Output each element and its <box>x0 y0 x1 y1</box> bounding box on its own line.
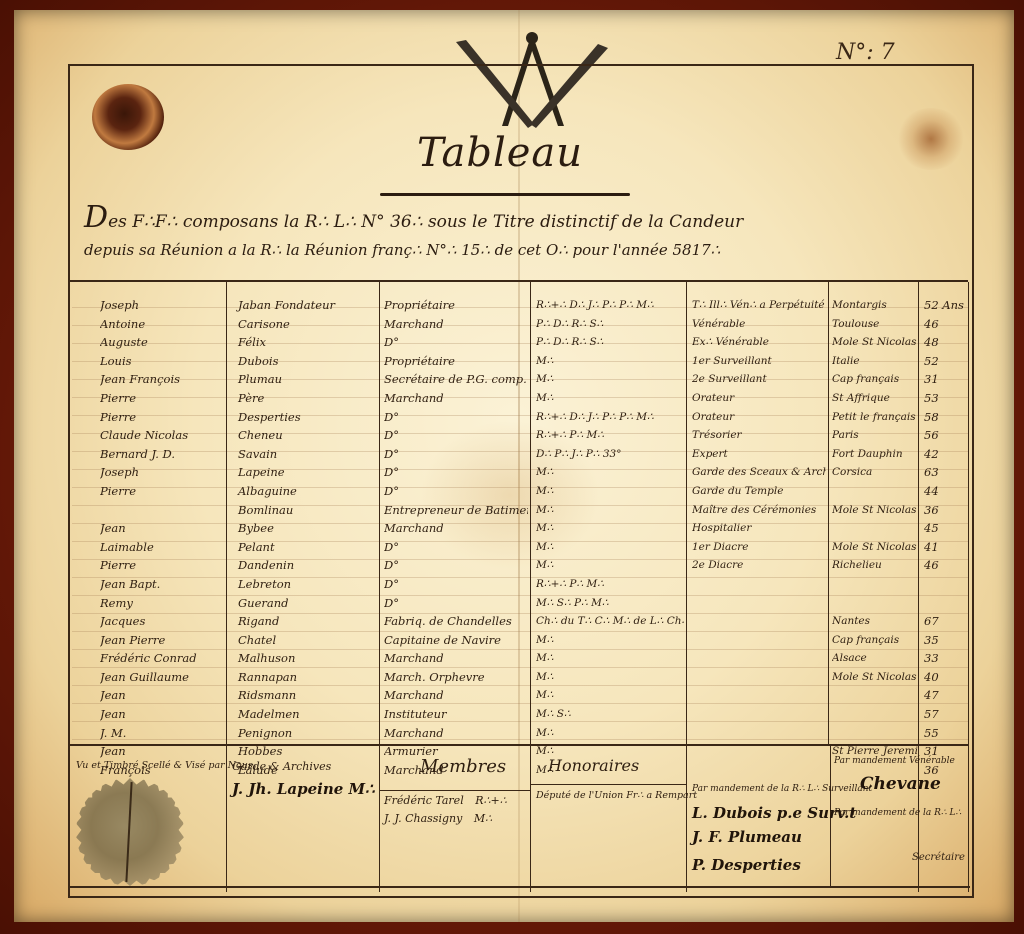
given-name-cell: Jean Bapt. <box>100 575 224 594</box>
profession-cell: Capitaine de Navire <box>384 631 528 650</box>
profession-cell: D° <box>384 463 528 482</box>
office-cell <box>692 594 826 613</box>
age-cell: 47 <box>920 686 968 705</box>
office-cell: Orateur <box>692 389 826 408</box>
grade-cell: M∴ <box>536 649 684 668</box>
grade-cell: M∴ <box>536 686 684 705</box>
venerable-note: Par mandement Vénérable <box>834 756 955 766</box>
age-cell: 46 <box>920 315 968 334</box>
grade-cell: M∴ <box>536 556 684 575</box>
profession-cell: March. Orphevre <box>384 668 528 687</box>
grade-cell: M∴ <box>536 631 684 650</box>
seal-caption: Vu et Timbré Scellé & Visé par Nous <box>76 760 253 771</box>
office-cell <box>692 761 826 780</box>
office-cell: Trésorier <box>692 426 826 445</box>
given-name-cell: J. M. <box>100 724 224 743</box>
office-cell: 2e Diacre <box>692 556 826 575</box>
birthplace-cell <box>832 686 918 705</box>
grade-cell: P∴ D∴ R∴ S∴ <box>536 333 684 352</box>
office-cell <box>692 575 826 594</box>
age-cell: 45 <box>920 519 968 538</box>
office-cell: 2e Surveillant <box>692 370 826 389</box>
birthplace-cell <box>832 519 918 538</box>
birthplace-cell <box>832 482 918 501</box>
birthplace-cell: Mole St Nicolas <box>832 501 918 520</box>
grade-cell: M∴ <box>536 482 684 501</box>
grade-cell: M∴ <box>536 370 684 389</box>
surname-cell: Savain <box>228 445 376 464</box>
grade-cell: M∴ <box>536 724 684 743</box>
profession-cell: D° <box>384 482 528 501</box>
subtitle-line-2: depuis sa Réunion a la R∴ la Réunion fra… <box>84 238 964 262</box>
column-divider <box>226 282 227 892</box>
profession-cell: Propriétaire <box>384 352 528 371</box>
grade-cell: R∴+∴ P∴ M∴ <box>536 575 684 594</box>
profession-cell: D° <box>384 408 528 427</box>
subtitle-initial: D <box>84 200 108 235</box>
profession-cell: Marchand <box>384 519 528 538</box>
given-name-cell: Joseph <box>100 463 224 482</box>
office-cell: Maître des Cérémonies <box>692 501 826 520</box>
member-grade: R∴+∴ <box>475 794 507 807</box>
grade-cell: R∴+∴ D∴ J∴ P∴ P∴ M∴ <box>536 296 684 315</box>
office-cell: Expert <box>692 445 826 464</box>
profession-cell: Marchand <box>384 389 528 408</box>
surname-cell: Lapeine <box>228 463 376 482</box>
age-cell: 56 <box>920 426 968 445</box>
birthplace-cell <box>832 575 918 594</box>
surname-cell: Rannapan <box>228 668 376 687</box>
grade-cell: M∴ <box>536 668 684 687</box>
age-cell: 40 <box>920 668 968 687</box>
profession-cell: D° <box>384 538 528 557</box>
given-name-cell: Pierre <box>100 556 224 575</box>
office-cell <box>692 705 826 724</box>
grade-cell: M∴ <box>536 352 684 371</box>
grade-cell: M∴ <box>536 389 684 408</box>
office-cell: Vénérable <box>692 315 826 334</box>
grade-cell: M∴ <box>536 501 684 520</box>
member-grade: M∴ <box>474 812 492 825</box>
ages-column: 52 Ans4648523153585642634436454146673533… <box>920 296 968 779</box>
frame-bottom-rule <box>70 886 970 888</box>
secretary-label: Secrétaire <box>912 852 965 863</box>
given-name-cell: Louis <box>100 352 224 371</box>
given-name-cell: Frédéric Conrad <box>100 649 224 668</box>
surname-cell: Plumau <box>228 370 376 389</box>
age-cell: 52 Ans <box>920 296 968 315</box>
bottom-section-rule <box>70 744 968 746</box>
age-cell: 57 <box>920 705 968 724</box>
given-names-column: JosephAntoineAugusteLouisJean FrançoisPi… <box>100 296 224 779</box>
office-cell <box>692 631 826 650</box>
office-cell: Orateur <box>692 408 826 427</box>
given-name-cell: Remy <box>100 594 224 613</box>
birthplace-cell <box>832 705 918 724</box>
surname-cell: Cheneu <box>228 426 376 445</box>
office-cell: 1er Diacre <box>692 538 826 557</box>
age-cell: 63 <box>920 463 968 482</box>
birthplace-cell: Richelieu <box>832 556 918 575</box>
birthplace-cell: St Affrique <box>832 389 918 408</box>
given-name-cell: Pierre <box>100 482 224 501</box>
surname-cell: Dubois <box>228 352 376 371</box>
grade-cell: M∴ <box>536 538 684 557</box>
age-cell: 52 <box>920 352 968 371</box>
profession-cell: D° <box>384 594 528 613</box>
officer-signature: L. Dubois p.e Surv.t <box>692 804 856 822</box>
surname-cell: Malhuson <box>228 649 376 668</box>
profession-cell: Propriétaire <box>384 296 528 315</box>
age-cell: 33 <box>920 649 968 668</box>
surname-cell: Chatel <box>228 631 376 650</box>
office-cell: Garde du Temple <box>692 482 826 501</box>
profession-cell: D° <box>384 556 528 575</box>
column-divider <box>968 282 969 892</box>
birthplace-cell: Mole St Nicolas <box>832 538 918 557</box>
office-cell: 1er Surveillant <box>692 352 826 371</box>
member-row: Frédéric Tarel R∴+∴ <box>384 794 528 807</box>
age-cell: 31 <box>920 370 968 389</box>
grade-cell: M∴ <box>536 463 684 482</box>
given-name-cell: Pierre <box>100 408 224 427</box>
age-cell: 55 <box>920 724 968 743</box>
given-name-cell: Jean <box>100 686 224 705</box>
age-cell: 42 <box>920 445 968 464</box>
surnames-column: Jaban FondateurCarisoneFélixDuboisPlumau… <box>228 296 376 779</box>
grades-column: R∴+∴ D∴ J∴ P∴ P∴ M∴P∴ D∴ R∴ S∴P∴ D∴ R∴ S… <box>536 296 684 779</box>
age-cell: 53 <box>920 389 968 408</box>
column-divider <box>530 282 531 892</box>
birthplace-cell: Mole St Nicolas <box>832 333 918 352</box>
grade-cell: M∴ <box>536 519 684 538</box>
surname-cell: Lebreton <box>228 575 376 594</box>
age-cell: 36 <box>920 501 968 520</box>
age-cell: 58 <box>920 408 968 427</box>
given-name-cell: Jean Pierre <box>100 631 224 650</box>
document-number: N°: 7 <box>836 40 895 65</box>
surname-cell: Père <box>228 389 376 408</box>
age-cell: 41 <box>920 538 968 557</box>
age-cell: 46 <box>920 556 968 575</box>
given-name-cell: Antoine <box>100 315 224 334</box>
age-cell <box>920 575 968 594</box>
member-row: J. J. Chassigny M∴ <box>384 812 528 825</box>
profession-cell: Marchand <box>384 649 528 668</box>
grade-cell: Ch∴ du T∴ C∴ M∴ de L∴ Ch∴ R∴+∴ <box>536 612 684 631</box>
members-rule <box>380 790 530 791</box>
birthplaces-column: MontargisToulouseMole St NicolasItalieCa… <box>832 296 918 779</box>
offices-column: T∴ Ill∴ Vén∴ a PerpétuitéVénérableEx∴ Vé… <box>692 296 826 779</box>
surname-cell: Félix <box>228 333 376 352</box>
profession-cell: Marchand <box>384 686 528 705</box>
birthplace-cell <box>832 594 918 613</box>
column-divider <box>918 282 919 892</box>
age-cell: 35 <box>920 631 968 650</box>
age-cell: 67 <box>920 612 968 631</box>
surname-cell: Ridsmann <box>228 686 376 705</box>
office-cell <box>692 668 826 687</box>
given-name-cell: Laimable <box>100 538 224 557</box>
officer-signature: P. Desperties <box>692 856 801 874</box>
birthplace-cell: Italie <box>832 352 918 371</box>
office-cell: T∴ Ill∴ Vén∴ a Perpétuité <box>692 296 826 315</box>
profession-cell: Secrétaire de P.G. comp. <box>384 370 528 389</box>
officer-signatures-note: Par mandement de la R∴ L∴ Surveillant <box>692 784 872 794</box>
birthplace-cell: Cap français <box>832 370 918 389</box>
member-name: J. J. Chassigny <box>384 812 462 825</box>
surname-cell: Bybee <box>228 519 376 538</box>
given-name-cell: Jean <box>100 519 224 538</box>
surname-cell: Guerand <box>228 594 376 613</box>
surname-cell: Desperties <box>228 408 376 427</box>
age-cell: 48 <box>920 333 968 352</box>
given-name-cell: Auguste <box>100 333 224 352</box>
officer-signature: J. F. Plumeau <box>692 828 802 846</box>
surname-cell: Carisone <box>228 315 376 334</box>
archivist-signature: J. Jh. Lapeine M∴ <box>232 780 375 798</box>
surname-cell: Bomlinau <box>228 501 376 520</box>
surname-cell: Jaban Fondateur <box>228 296 376 315</box>
surname-cell: Rigand <box>228 612 376 631</box>
profession-cell: Marchand <box>384 315 528 334</box>
honorary-rule <box>531 784 686 785</box>
profession-cell: Entrepreneur de Batimens <box>384 501 528 520</box>
honorary-heading: Honoraires <box>548 756 639 775</box>
office-cell: Ex∴ Vénérable <box>692 333 826 352</box>
given-name-cell <box>100 501 224 520</box>
surname-cell: Madelmen <box>228 705 376 724</box>
surname-cell: Dandenin <box>228 556 376 575</box>
grade-cell: R∴+∴ P∴ M∴ <box>536 426 684 445</box>
profession-cell: Marchand <box>384 724 528 743</box>
office-cell <box>692 649 826 668</box>
birthplace-cell: Cap français <box>832 631 918 650</box>
grade-cell: R∴+∴ D∴ J∴ P∴ P∴ M∴ <box>536 408 684 427</box>
profession-cell: Instituteur <box>384 705 528 724</box>
column-divider <box>379 282 380 892</box>
given-name-cell: Jean <box>100 705 224 724</box>
given-name-cell: Bernard J. D. <box>100 445 224 464</box>
given-name-cell: Pierre <box>100 389 224 408</box>
given-name-cell: Jean François <box>100 370 224 389</box>
birthplace-cell: Paris <box>832 426 918 445</box>
profession-cell: D° <box>384 333 528 352</box>
table-top-rule <box>70 280 968 282</box>
birthplace-cell: Toulouse <box>832 315 918 334</box>
venerable-signature: Chevane <box>860 774 941 794</box>
members-heading: Membres <box>420 756 506 777</box>
grade-cell: M∴ S∴ <box>536 705 684 724</box>
secretary-note: Par mandement de la R∴ L∴ <box>834 808 961 818</box>
profession-cell: D° <box>384 426 528 445</box>
age-cell: 44 <box>920 482 968 501</box>
office-cell <box>692 724 826 743</box>
birthplace-cell: Corsica <box>832 463 918 482</box>
column-divider <box>828 282 829 744</box>
grade-cell: P∴ D∴ R∴ S∴ <box>536 315 684 334</box>
document-subtitle: Des F∴F∴ composans la R∴ L∴ N° 36∴ sous … <box>84 206 964 262</box>
surname-cell: Albaguine <box>228 482 376 501</box>
age-cell <box>920 594 968 613</box>
title-rule <box>380 193 630 196</box>
office-cell <box>692 612 826 631</box>
surname-cell: Penignon <box>228 724 376 743</box>
subtitle-line-1: es F∴F∴ composans la R∴ L∴ N° 36∴ sous l… <box>108 212 743 232</box>
grade-cell: M∴ S∴ P∴ M∴ <box>536 594 684 613</box>
birthplace-cell: Montargis <box>832 296 918 315</box>
given-name-cell: Jacques <box>100 612 224 631</box>
given-name-cell: Joseph <box>100 296 224 315</box>
surname-cell: Pelant <box>228 538 376 557</box>
birthplace-cell <box>832 724 918 743</box>
birthplace-cell: Mole St Nicolas <box>832 668 918 687</box>
archivist-label: Garde & Archives <box>232 760 331 773</box>
birthplace-cell: Fort Dauphin <box>832 445 918 464</box>
grade-cell: D∴ P∴ J∴ P∴ 33° <box>536 445 684 464</box>
honorary-note: Député de l'Union Fr∴ a Rempart <box>536 790 697 801</box>
office-cell: Garde des Sceaux & Archives <box>692 463 826 482</box>
office-cell <box>692 686 826 705</box>
given-name-cell: Claude Nicolas <box>100 426 224 445</box>
birthplace-cell: Alsace <box>832 649 918 668</box>
given-name-cell: Jean Guillaume <box>100 668 224 687</box>
profession-cell: D° <box>384 445 528 464</box>
profession-cell: Fabriq. de Chandelles <box>384 612 528 631</box>
birthplace-cell: Petit le français <box>832 408 918 427</box>
document-title: Tableau <box>400 130 600 176</box>
member-name: Frédéric Tarel <box>384 794 464 807</box>
birthplace-cell: Nantes <box>832 612 918 631</box>
professions-column: PropriétaireMarchandD°PropriétaireSecrét… <box>384 296 528 779</box>
profession-cell: D° <box>384 575 528 594</box>
office-cell: Hospitalier <box>692 519 826 538</box>
